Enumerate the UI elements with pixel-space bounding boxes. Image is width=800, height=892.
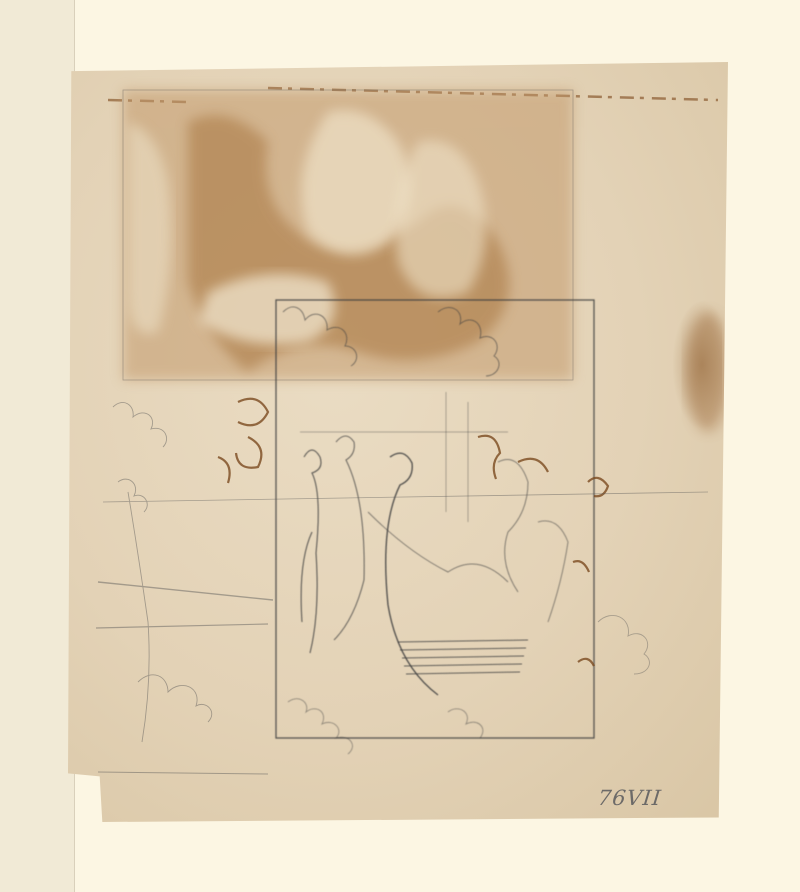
left-margin-pencil-sketches: [96, 402, 708, 774]
drawing-sheet: [68, 62, 728, 822]
inventory-inscription: 76VII: [597, 786, 663, 810]
water-stain: [672, 300, 722, 430]
mount-backing-left: [0, 0, 76, 892]
upper-wash-panel: [123, 90, 573, 380]
drawing-artwork: [68, 62, 728, 822]
